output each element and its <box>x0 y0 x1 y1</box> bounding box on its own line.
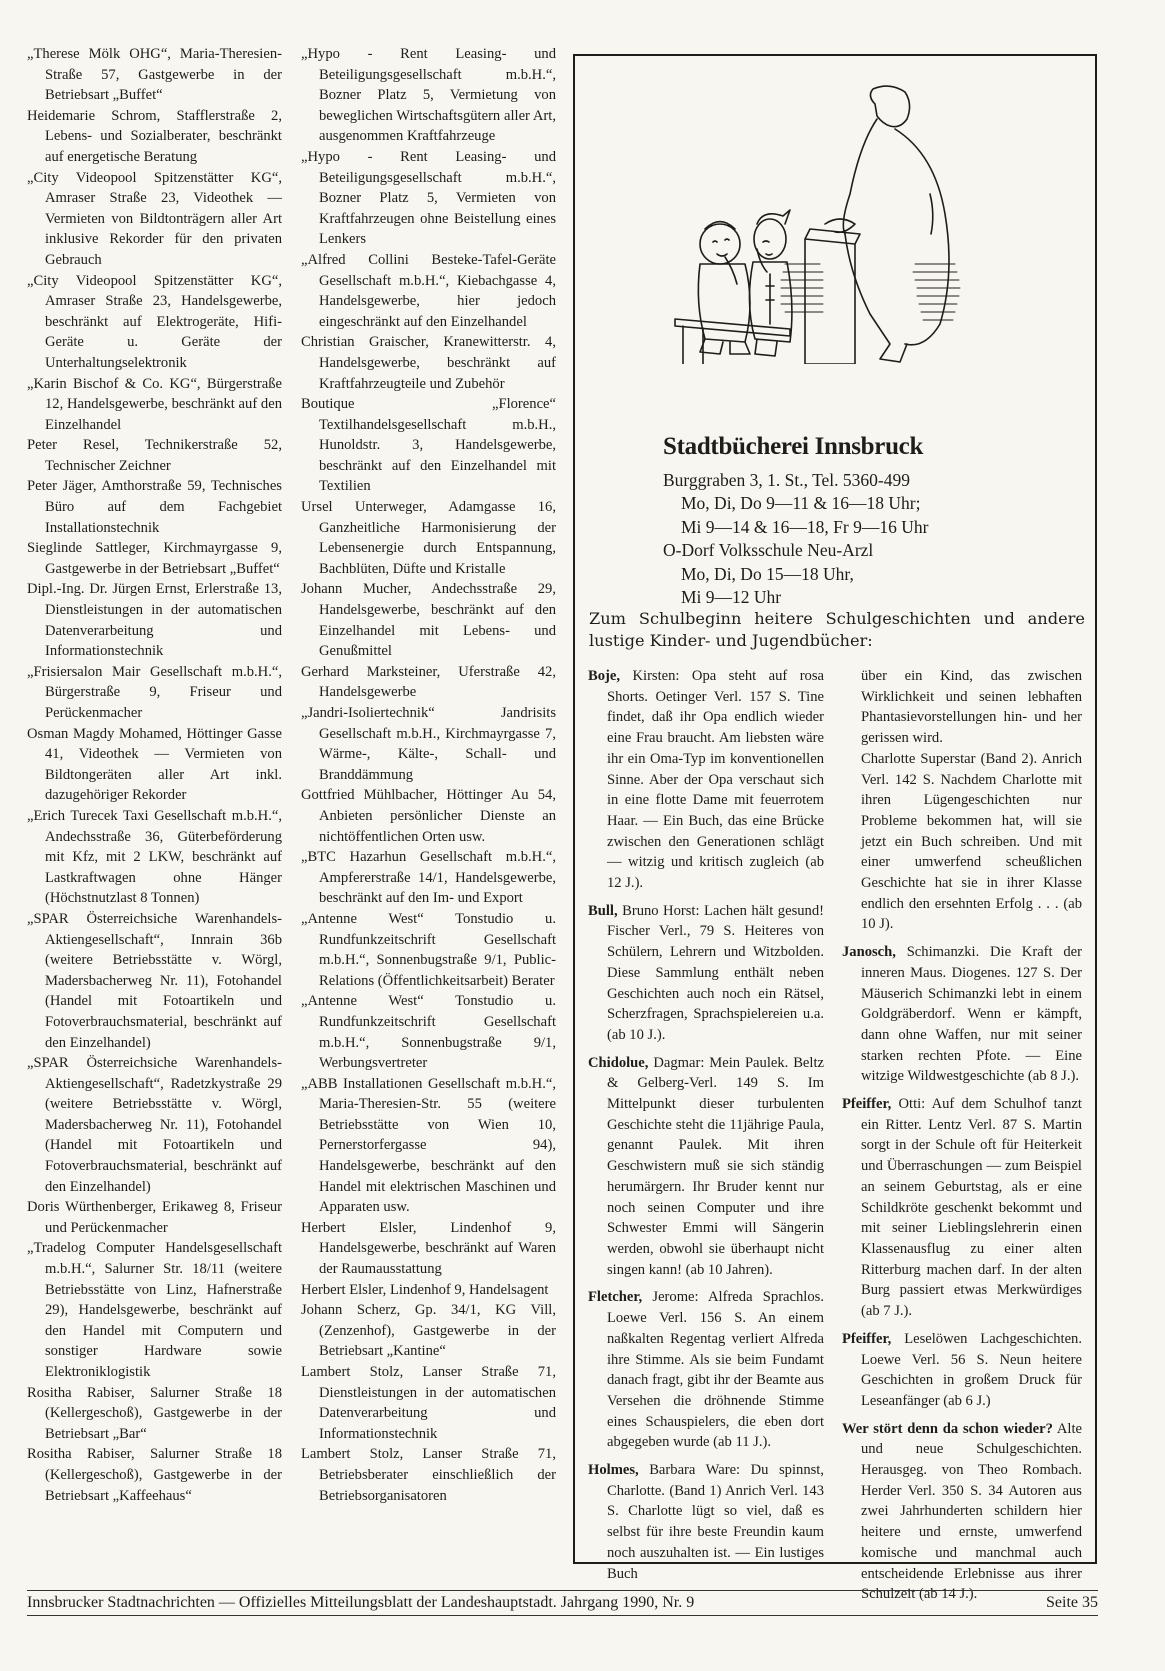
register-entry: „Therese Mölk OHG“, Maria-Theresien-Stra… <box>27 44 282 106</box>
book-entry: Chidolue, Dagmar: Mein Paulek. Beltz & G… <box>588 1053 824 1281</box>
register-column-1: „Therese Mölk OHG“, Maria-Theresien-Stra… <box>27 44 282 1506</box>
book-author: Pfeiffer, <box>842 1331 891 1347</box>
register-entry: „City Videopool Spitzenstätter KG“, Amra… <box>27 168 282 271</box>
register-entry: Johann Mucher, Andechsstraße 29, Handels… <box>301 579 556 661</box>
register-entry: „City Videopool Spitzenstätter KG“, Amra… <box>27 271 282 374</box>
book-entry: Bull, Bruno Horst: Lachen hält gesund! F… <box>588 901 824 1046</box>
register-entry: Herbert Elsler, Lindenhof 9, Handelsagen… <box>301 1280 556 1301</box>
register-entry: „Hypo - Rent Leasing- und Beteiligungsge… <box>301 147 556 250</box>
register-column-2: „Hypo - Rent Leasing- und Beteiligungsge… <box>301 44 556 1506</box>
register-entry: Lambert Stolz, Lanser Straße 71, Betrieb… <box>301 1444 556 1506</box>
book-description: Leselöwen Lachgeschichten. Loewe Verl. 5… <box>861 1331 1082 1409</box>
register-entry: Gottfried Mühlbacher, Höttinger Au 54, A… <box>301 785 556 847</box>
register-entry: „Hypo - Rent Leasing- und Beteiligungsge… <box>301 44 556 147</box>
book-author: Chidolue, <box>588 1055 648 1071</box>
book-entry-continuation: über ein Kind, das zwischen Wirklichkeit… <box>842 666 1082 749</box>
register-entry: Christian Graischer, Kranewitterstr. 4, … <box>301 332 556 394</box>
book-author: Holmes, <box>588 1462 639 1478</box>
register-entry: Dipl.-Ing. Dr. Jürgen Ernst, Erlerstraße… <box>27 579 282 661</box>
register-entry: „SPAR Österreichsiche Warenhandels-Aktie… <box>27 1053 282 1197</box>
register-entry: Peter Resel, Technikerstraße 52, Technis… <box>27 435 282 476</box>
register-entry: „ABB Installationen Gesellschaft m.b.H.“… <box>301 1074 556 1218</box>
register-entry: Rositha Rabiser, Salurner Straße 18 (Kel… <box>27 1444 282 1506</box>
book-list-intro: Zum Schulbeginn heitere Schulgeschichten… <box>589 608 1085 651</box>
book-entry-sequel: Charlotte Superstar (Band 2). Anrich Ver… <box>842 749 1082 935</box>
library-info: Burggraben 3, 1. St., Tel. 5360-499 Mo, … <box>663 469 928 609</box>
register-entry: „Jandri-Isoliertechnik“ Jandrisits Gesel… <box>301 703 556 785</box>
book-entry: Boje, Kirsten: Opa steht auf rosa Shorts… <box>588 666 824 894</box>
book-entry: Wer stört denn da schon wieder? Alte und… <box>842 1419 1082 1605</box>
book-description: Jerome: Alfreda Sprachlos. Loewe Verl. 1… <box>607 1289 824 1450</box>
book-author: Bull, <box>588 903 618 919</box>
book-description: Kirsten: Opa steht auf rosa Shorts. Oeti… <box>607 668 824 891</box>
book-list-column-2: über ein Kind, das zwischen Wirklichkeit… <box>842 666 1082 1612</box>
book-entry: Janosch, Schimanzki. Die Kraft der inner… <box>842 942 1082 1087</box>
register-entry: Ursel Unterweger, Adamgasse 16, Ganzheit… <box>301 497 556 579</box>
register-entry: „Antenne West“ Tonstudio u. Rundfunkzeit… <box>301 909 556 991</box>
branch-name: O-Dorf Volksschule Neu-Arzl <box>663 539 928 562</box>
branch-hours: Mo, Di, Do 15—18 Uhr, <box>663 563 928 586</box>
register-entry: Sieglinde Sattleger, Kirchmayrgasse 9, G… <box>27 538 282 579</box>
book-entry: Pfeiffer, Leselöwen Lachgeschichten. Loe… <box>842 1329 1082 1412</box>
library-hours: Mo, Di, Do 9—11 & 16—18 Uhr; <box>663 492 928 515</box>
book-entry: Fletcher, Jerome: Alfreda Sprachlos. Loe… <box>588 1287 824 1453</box>
book-description: Schimanzki. Die Kraft der inneren Maus. … <box>861 944 1082 1084</box>
lectern <box>805 229 860 364</box>
book-description: Barbara Ware: Du spinnst, Charlotte. (Ba… <box>607 1462 824 1582</box>
register-entry: „Antenne West“ Tonstudio u. Rundfunkzeit… <box>301 991 556 1073</box>
register-entry: „Frisiersalon Mair Gesellschaft m.b.H.“,… <box>27 662 282 724</box>
book-entry: Holmes, Barbara Ware: Du spinnst, Charlo… <box>588 1460 824 1584</box>
publication-line: Innsbrucker Stadtnachrichten — Offiziell… <box>27 1594 694 1612</box>
register-entry: „SPAR Österreichsiche Warenhandels-Aktie… <box>27 909 282 1053</box>
book-description: Alte und neue Schulgeschichten. Herausge… <box>861 1421 1082 1603</box>
book-description: Bruno Horst: Lachen hält gesund! Fischer… <box>607 903 824 1043</box>
register-entry: Johann Scherz, Gp. 34/1, KG Vill, (Zenze… <box>301 1300 556 1362</box>
library-announcement-box: Stadtbücherei Innsbruck Burggraben 3, 1.… <box>573 54 1097 1564</box>
page-number: Seite 35 <box>1046 1594 1098 1612</box>
page-footer: Innsbrucker Stadtnachrichten — Offiziell… <box>27 1590 1098 1616</box>
register-entry: Doris Würthenberger, Erikaweg 8, Friseur… <box>27 1197 282 1238</box>
book-list-column-1: Boje, Kirsten: Opa steht auf rosa Shorts… <box>588 666 824 1591</box>
library-title: Stadtbücherei Innsbruck <box>663 433 923 461</box>
book-title: Wer stört denn da schon wieder? <box>842 1421 1053 1437</box>
register-entry: Osman Magdy Mohamed, Höttinger Gasse 41,… <box>27 724 282 806</box>
register-entry: Peter Jäger, Amthorstraße 59, Technische… <box>27 476 282 538</box>
register-entry: Lambert Stolz, Lanser Straße 71, Dienstl… <box>301 1362 556 1444</box>
register-entry: Rositha Rabiser, Salurner Straße 18 (Kel… <box>27 1383 282 1445</box>
book-author: Boje, <box>588 668 620 684</box>
branch-hours: Mi 9—12 Uhr <box>663 586 928 609</box>
book-author: Janosch, <box>842 944 896 960</box>
register-entry: „Erich Turecek Taxi Gesellschaft m.b.H.“… <box>27 806 282 909</box>
register-entry: „Karin Bischof & Co. KG“, Bürgerstraße 1… <box>27 374 282 436</box>
register-entry: „Alfred Collini Besteke-Tafel-Geräte Ges… <box>301 250 556 332</box>
library-address: Burggraben 3, 1. St., Tel. 5360-499 <box>663 469 928 492</box>
register-entry: Gerhard Marksteiner, Uferstraße 42, Hand… <box>301 662 556 703</box>
hatching-shadow <box>781 264 960 320</box>
book-author: Pfeiffer, <box>842 1096 891 1112</box>
book-description: Dagmar: Mein Paulek. Beltz & Gelberg-Ver… <box>607 1055 824 1278</box>
register-entry: Boutique „Florence“ Textilhandelsgesells… <box>301 394 556 497</box>
book-entry: Pfeiffer, Otti: Auf dem Schulhof tanzt e… <box>842 1094 1082 1322</box>
register-entry: „BTC Hazarhun Gesellschaft m.b.H.“, Ampf… <box>301 847 556 909</box>
book-author: Fletcher, <box>588 1289 642 1305</box>
register-entry: Herbert Elsler, Lindenhof 9, Handelsgewe… <box>301 1218 556 1280</box>
library-hours: Mi 9—14 & 16—18, Fr 9—16 Uhr <box>663 516 928 539</box>
register-entry: Heidemarie Schrom, Stafflerstraße 2, Leb… <box>27 106 282 168</box>
book-description: Otti: Auf dem Schulhof tanzt ein Ritter.… <box>861 1096 1082 1319</box>
cartoon-illustration <box>645 74 975 364</box>
register-entry: „Tradelog Computer Handelsgesellschaft m… <box>27 1238 282 1382</box>
